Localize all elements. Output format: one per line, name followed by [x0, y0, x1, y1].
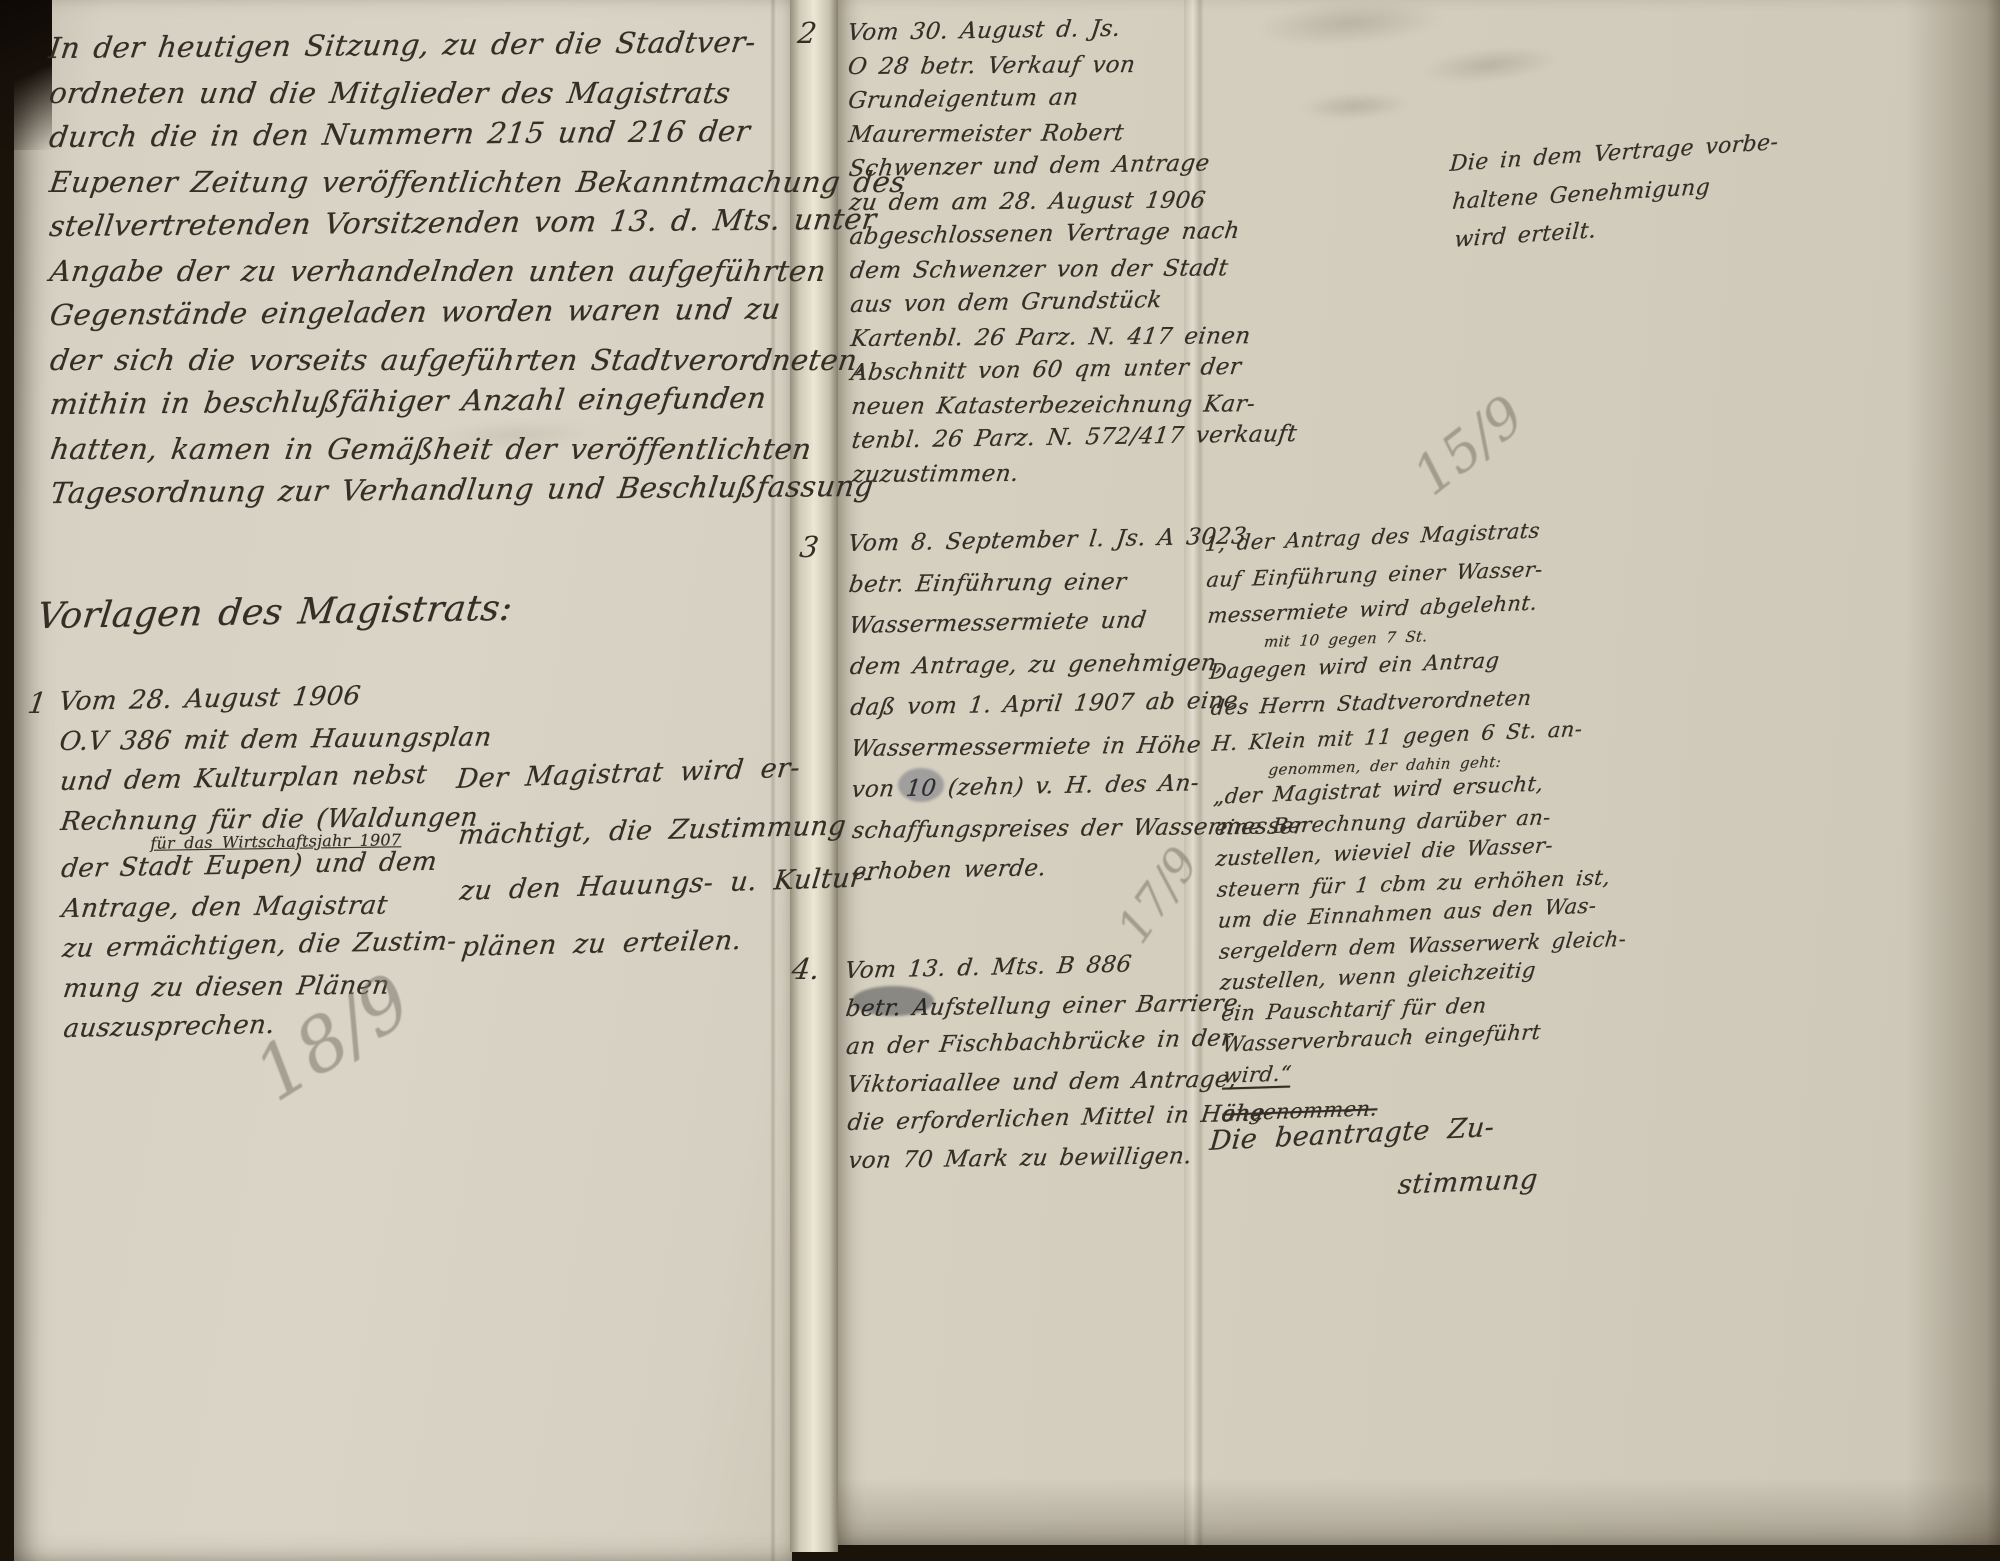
ink-bleed-mark [1299, 89, 1410, 123]
text-line: zuzustimmen. [850, 455, 1204, 491]
text-line: zu ermächtigen, die Zustim- [60, 921, 475, 969]
text-line: Vom 30. August d. Js. [845, 10, 1199, 50]
text-line: Der Magistrat wird er- [454, 740, 805, 808]
decision-3-part-1: 1, der Antrag des Magistratsauf Einführu… [1202, 511, 1636, 634]
bottom-edge-shadow [838, 1478, 2000, 1545]
text-line: plänen zu erteilen. [458, 911, 809, 976]
section-heading: Vorlagen des Magistrats: [35, 588, 515, 637]
text-line: In der heutigen Sitzung, zu der die Stad… [46, 19, 796, 70]
text-line: hatten, kamen in Gemäßheit der veröffent… [48, 426, 798, 471]
text-line: Angabe der zu verhandelnden unten aufgef… [47, 248, 797, 293]
text-line: ordneten und die Mitglieder des Magistra… [46, 70, 796, 115]
text-line: Wassermessermiete und [847, 599, 1202, 647]
decision-3-quoted-motion: „der Magistrat wird ersucht,eine Berechn… [1211, 767, 1652, 1092]
right-page-edge-shadow [1906, 0, 2000, 1545]
text-line: Tagesordnung zur Verhandlung und Beschlu… [48, 464, 798, 515]
text-line: Abschnitt von 60 qm unter der [849, 350, 1203, 390]
text-line: abgeschlossenen Vertrage nach [847, 214, 1201, 254]
text-line: Vom 28. August 1906 [57, 674, 472, 722]
continuation-text: Die beantragte Zu-stimmung [1205, 1102, 1535, 1220]
top-left-shadow [0, 0, 52, 150]
item-number-4: 4. [790, 952, 822, 986]
item-1-text: Vom 28. August 1906O.V 386 mit dem Hauun… [56, 676, 471, 1049]
text-line: stellvertretenden Vorsitzenden vom 13. d… [47, 197, 797, 248]
item-2-text: Vom 30. August d. Js.O 28 betr. Verkauf … [845, 12, 1200, 492]
text-line: die erforderlichen Mittel in Höhe [845, 1096, 1205, 1142]
text-line: von 70 Mark zu bewilligen. [846, 1137, 1206, 1180]
text-line: zu den Hauungs- u. Kultur- [457, 852, 808, 920]
ink-blot [852, 986, 934, 1016]
text-line: Schwenzer und dem Antrage [847, 146, 1201, 186]
text-line: daß vom 1. April 1907 ab eine [848, 681, 1203, 729]
item-1-lines-a: Vom 28. August 1906O.V 386 mit dem Hauun… [56, 676, 468, 842]
item-4-text: Vom 13. d. Mts. B 886betr. Aufstellung e… [842, 946, 1201, 1180]
text-line: der sich die vorseits aufgeführten Stadt… [47, 337, 797, 382]
text-line: Vom 13. d. Mts. B 886 [843, 944, 1203, 990]
text-line: der Stadt Eupen) und dem [59, 841, 474, 889]
text-line: Grundeigentum an [846, 78, 1200, 118]
item-3-text: Vom 8. September l. Js. A 3023betr. Einf… [845, 519, 1200, 893]
text-line: und dem Kulturplan nebst [58, 754, 473, 802]
decision-item-2: Die in dem Vertrage vorbe-haltene Genehm… [1446, 128, 1742, 259]
intro-paragraph: In der heutigen Sitzung, zu der die Stad… [46, 23, 792, 515]
text-line: stimmung [1395, 1154, 1540, 1212]
decision-3-part-2: Dagegen wird ein Antragdes Herrn Stadtve… [1206, 639, 1640, 762]
resolution-item-1: Der Magistrat wird er-mächtigt, die Zust… [452, 742, 803, 976]
text-line: aus von dem Grundstück [848, 282, 1202, 322]
text-line: Gegenstände eingeladen worden waren und … [47, 286, 797, 337]
ink-smudge [898, 768, 944, 802]
text-line: an der Fischbachbrücke in der [844, 1020, 1204, 1066]
text-line: Rechnung für die (Waldungen [58, 798, 473, 842]
text-line: tenbl. 26 Parz. N. 572/417 verkauft [850, 418, 1204, 458]
manuscript-spread: In der heutigen Sitzung, zu der die Stad… [0, 0, 2000, 1561]
decision-item-3: 1, der Antrag des Magistratsauf Einführu… [1202, 511, 1653, 1132]
text-line: Vom 8. September l. Js. A 3023 [846, 517, 1201, 565]
text-line: Eupener Zeitung veröffentlichten Bekannt… [47, 159, 797, 204]
text-line: durch die in den Nummern 215 und 216 der [46, 108, 796, 159]
text-line: mithin in beschlußfähiger Anzahl eingefu… [47, 375, 797, 426]
